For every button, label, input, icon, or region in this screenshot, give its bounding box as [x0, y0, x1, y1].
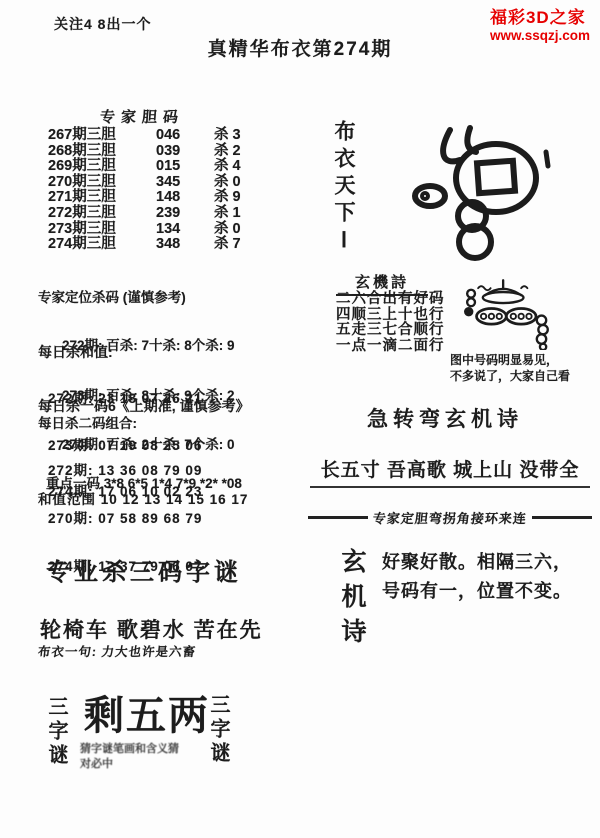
three-char-answer: 剩五两 [84, 684, 210, 741]
boat-sketch-icon [448, 278, 563, 350]
dan-value: 134 [156, 222, 214, 238]
daily-kill-one-line: 每日杀一码6《上期准, 谨慎参考》 [38, 399, 250, 414]
answer-caption-line: 对必中 [80, 757, 179, 772]
poem-line: 四顺三上十也行 [336, 308, 445, 324]
divider-text: 专家定胆弯拐角接环来连 [367, 508, 533, 527]
sum-range-line: 和值范围 10 12 13 14 15 16 17 [38, 492, 248, 507]
dan-row: 274期三胆348杀 7 [48, 237, 298, 253]
dan-kill: 杀 4 [214, 159, 241, 175]
buyi-tianxia-vertical-title: 布衣天下Ⅰ [328, 120, 358, 258]
buyi-sentence: 布衣一句: 力大也许是六畜 [37, 642, 197, 660]
daily-kill-sum-header: 每日杀和值: [38, 345, 113, 360]
top-note: 关注4 8出一个 [54, 14, 151, 34]
three-char-label-right: 三字谜 [204, 694, 233, 766]
poem-line: 二六合出有好码 [336, 292, 445, 308]
sharp-turn-riddle: 长五寸 吾高歌 城上山 没带全 [310, 455, 590, 488]
dan-value: 239 [156, 206, 214, 222]
answer-caption: 猜字谜笔画和含义猜 对必中 [80, 742, 179, 772]
xuanji-poem: 二六合出有好码 四顺三上十也行 五走三七合顺行 一点一滴二面行 [336, 292, 445, 354]
sketch-caption-line: 不多说了，大家自己看 [450, 368, 570, 384]
final-mystery-line: 号码有一，位置不变。 [382, 577, 572, 606]
coin-sketch-drawing [398, 118, 558, 273]
dan-value: 348 [156, 237, 214, 253]
key-one-line: 重点一码 3*8 6*5 1*4 7*9 *2* *08 [46, 476, 242, 491]
dan-kill: 杀 1 [214, 206, 241, 222]
boat-sketch-drawing [448, 278, 563, 355]
dan-value: 046 [156, 128, 214, 144]
daily-kill-two-header: 每日杀二码组合: [38, 416, 137, 431]
kill-three-heading: 专业杀三码字谜 [46, 552, 242, 587]
sketch-caption-line: 图中号码明显易见， [450, 352, 570, 368]
sketch-caption: 图中号码明显易见， 不多说了，大家自己看 [450, 352, 570, 384]
dan-issue: 268期三胆 [48, 144, 156, 160]
dan-kill: 杀 7 [214, 237, 241, 253]
dan-kill: 杀 2 [214, 144, 241, 160]
poem-line: 五走三七合顺行 [336, 323, 445, 339]
dan-issue: 267期三胆 [48, 128, 156, 144]
three-char-label-left: 三字谜 [42, 696, 71, 768]
lottery-analysis-sheet: 关注4 8出一个 福彩3D之家 www.ssqzj.com 真精华布衣第274期… [0, 0, 600, 838]
final-mystery-line: 好聚好散。相隔三六， [382, 548, 572, 577]
dan-value: 039 [156, 144, 214, 160]
poem-line: 一点一滴二面行 [336, 339, 445, 355]
dan-kill: 杀 9 [214, 190, 241, 206]
three-code-riddle: 轮椅车 歌碧水 苦在先 [40, 614, 263, 644]
dan-row: 271期三胆148杀 9 [48, 190, 298, 206]
coin-sketch-icon [398, 118, 558, 268]
dan-value: 015 [156, 159, 214, 175]
dan-row: 273期三胆134杀 0 [48, 222, 298, 238]
dan-value: 148 [156, 190, 214, 206]
dan-issue: 274期三胆 [48, 237, 156, 253]
page-title: 真精华布衣第274期 [0, 34, 600, 61]
dan-row: 269期三胆015杀 4 [48, 159, 298, 175]
sharp-turn-heading: 急转弯玄机诗 [330, 403, 560, 433]
dan-kill: 杀 0 [214, 222, 241, 238]
dan-kill: 杀 3 [214, 128, 241, 144]
divider-line-right [532, 516, 592, 519]
expert-divider: 专家定胆弯拐角接环来连 [308, 508, 592, 527]
divider-line-left [308, 516, 368, 519]
dan-row: 272期三胆239杀 1 [48, 206, 298, 222]
dan-row: 268期三胆039杀 2 [48, 144, 298, 160]
daily-kill-two-row: 270期: 07 58 89 68 79 [48, 511, 202, 527]
expert-dan-list: 267期三胆046杀 3 268期三胆039杀 2 269期三胆015杀 4 2… [48, 128, 298, 253]
dan-issue: 271期三胆 [48, 190, 156, 206]
expert-dan-header: 专家胆码 [99, 106, 184, 127]
answer-caption-line: 猜字谜笔画和含义猜 [80, 742, 179, 757]
position-kill-header: 专家定位杀码 (谨慎参考) [38, 290, 186, 305]
dan-row: 267期三胆046杀 3 [48, 128, 298, 144]
xuanji-vertical-label: 玄机诗 [334, 548, 370, 653]
dan-issue: 272期三胆 [48, 206, 156, 222]
final-mystery-text: 好聚好散。相隔三六， 号码有一，位置不变。 [382, 548, 572, 606]
brand-name: 福彩3D之家 [490, 8, 590, 28]
dan-issue: 273期三胆 [48, 222, 156, 238]
dan-issue: 269期三胆 [48, 159, 156, 175]
dan-value: 345 [156, 175, 214, 191]
